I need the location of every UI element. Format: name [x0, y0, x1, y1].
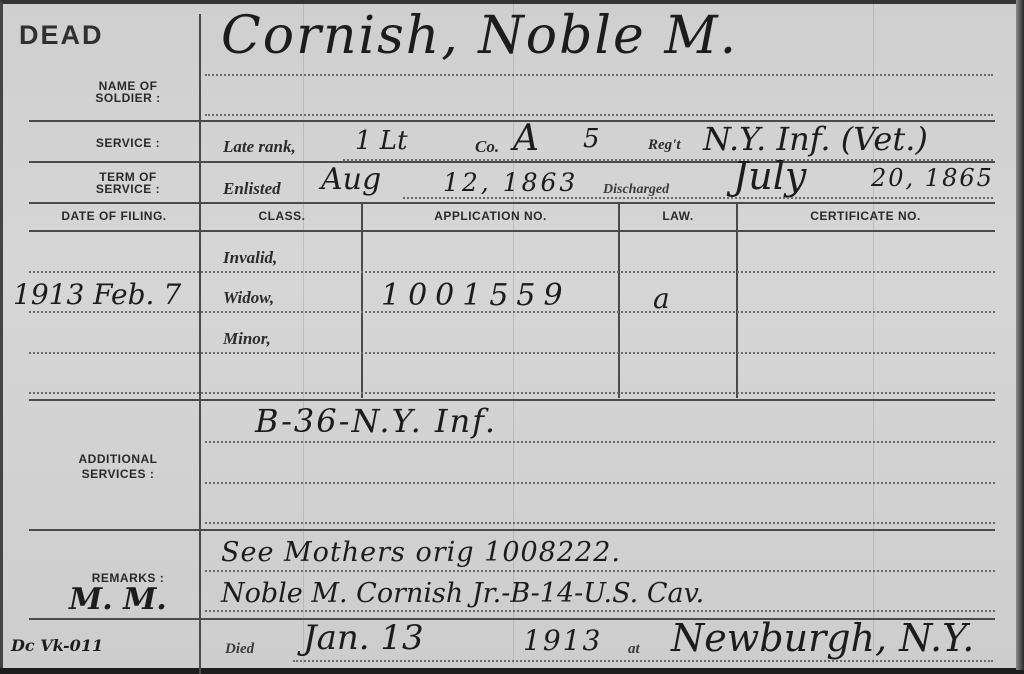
dotted-rule [403, 197, 993, 199]
date-of-filing-header: DATE OF FILING. [29, 210, 199, 222]
enlisted-label: Enlisted [223, 179, 281, 199]
dotted-rule [205, 74, 993, 76]
remarks-line-2: Noble M. Cornish Jr.-B-14-U.S. Cav. [221, 578, 704, 609]
remarks-initials: M. M. [69, 582, 167, 617]
header-rule [29, 230, 995, 232]
column-divider [361, 204, 363, 398]
discharged-month: July [733, 154, 806, 198]
label-column-divider [199, 14, 201, 670]
enlisted-month: Aug [321, 162, 381, 197]
column-divider [618, 204, 620, 398]
dotted-rule [205, 441, 995, 443]
footer-mark: Dc Vk-011 [11, 636, 103, 655]
class-invalid: Invalid, [223, 248, 277, 268]
class-header: CLASS. [203, 210, 361, 222]
section-rule [29, 161, 995, 163]
death-year: 1913 [523, 624, 602, 657]
service-label: SERVICE : [63, 137, 193, 149]
enlisted-day-year: 12, 1863 [443, 168, 578, 197]
company-label: Co. [475, 137, 499, 157]
dotted-rule [205, 522, 995, 524]
additional-service-entry: B-36-N.Y. Inf. [255, 402, 497, 440]
late-rank-value: 1 Lt [355, 126, 408, 156]
section-rule [29, 399, 995, 401]
discharged-day-year: 20, 1865 [871, 164, 994, 192]
late-rank-label: Late rank, [223, 137, 296, 157]
dotted-rule [293, 660, 993, 662]
regiment-label: Reg't [648, 137, 681, 154]
law-header: LAW. [620, 210, 736, 222]
label-line: ADDITIONAL [43, 453, 193, 465]
dotted-rule [205, 482, 995, 484]
company-value: A [513, 118, 539, 159]
widow-law-value: a [653, 282, 670, 315]
label-line: SERVICES : [43, 468, 193, 480]
paper-grain [873, 4, 874, 664]
class-widow: Widow, [223, 288, 274, 308]
section-rule [29, 529, 995, 531]
pension-index-card: DEAD NAME OF SOLDIER : Cornish, Noble M.… [0, 0, 1018, 668]
scan-edge-shadow [1016, 0, 1024, 670]
dead-stamp: DEAD [19, 22, 104, 49]
dotted-rule [205, 114, 993, 116]
certificate-no-header: CERTIFICATE NO. [738, 210, 993, 222]
soldier-name: Cornish, Noble M. [221, 6, 738, 66]
column-divider [736, 204, 738, 398]
label-line: SERVICE : [63, 183, 193, 195]
remarks-line-1: See Mothers orig 1008222. [221, 537, 621, 568]
dotted-rule [205, 610, 995, 612]
name-of-soldier-label: NAME OF SOLDIER : [63, 80, 193, 104]
label-line: SOLDIER : [63, 92, 193, 104]
class-minor: Minor, [223, 329, 271, 349]
application-no-header: APPLICATION NO. [363, 210, 618, 222]
additional-services-label: ADDITIONAL SERVICES : [43, 453, 193, 480]
regiment-number: 5 [583, 124, 600, 154]
widow-application-number: 1001559 [381, 278, 571, 313]
died-label: Died [225, 641, 254, 658]
dotted-rule [205, 570, 995, 572]
table-row-rule [29, 392, 995, 394]
date-of-filing-value: 1913 Feb. 7 [13, 278, 181, 311]
table-row-rule [29, 271, 995, 273]
death-place: Newburgh, N.Y. [671, 616, 974, 660]
regiment-value: N.Y. Inf. (Vet.) [703, 120, 928, 158]
death-at-label: at [628, 641, 640, 658]
death-month-day: Jan. 13 [303, 618, 424, 658]
discharged-label: Discharged [603, 182, 669, 198]
term-of-service-label: TERM OF SERVICE : [63, 171, 193, 195]
section-rule [29, 202, 995, 204]
table-row-rule [29, 352, 995, 354]
